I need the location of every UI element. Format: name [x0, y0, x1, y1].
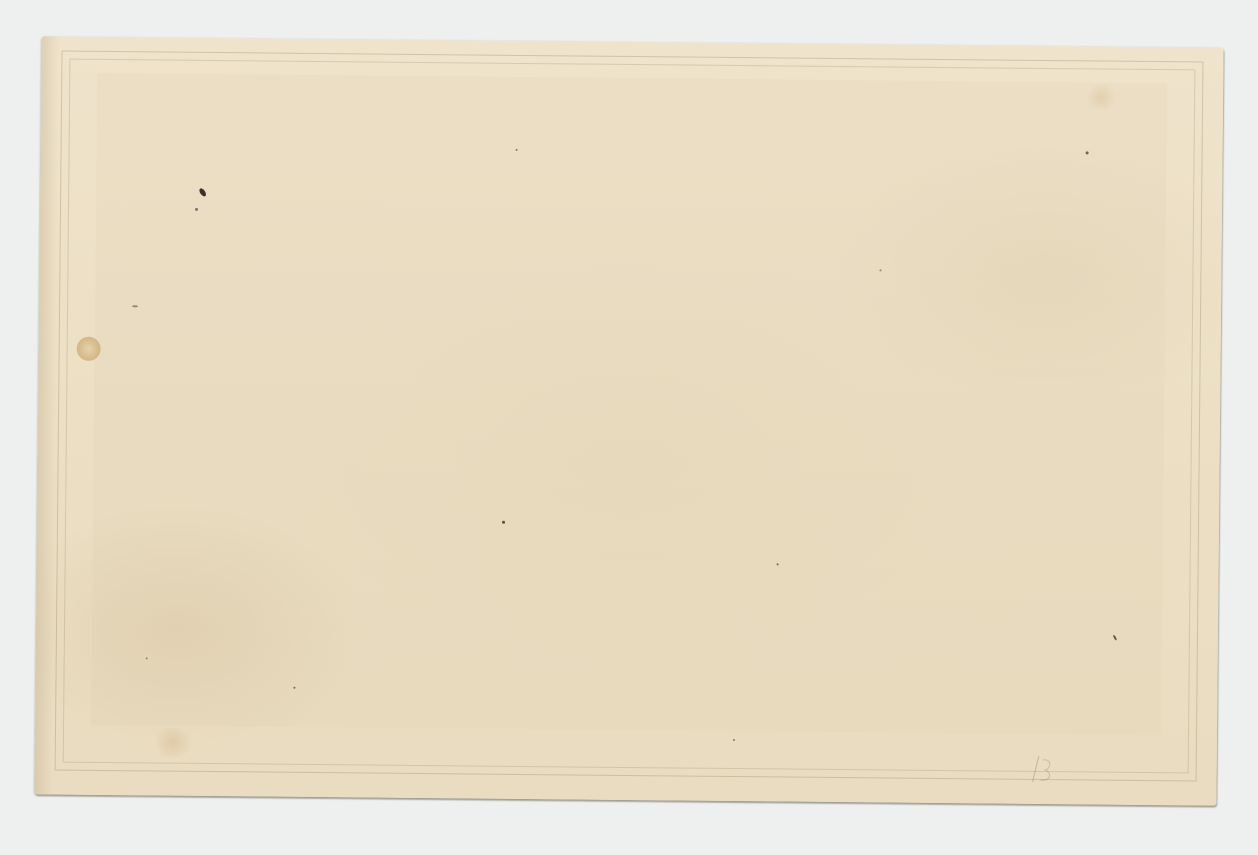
foxing-speck	[733, 739, 735, 741]
stain-left	[77, 337, 101, 361]
foxing-speck	[502, 521, 505, 524]
foxing-speck	[132, 305, 138, 307]
card-mount	[34, 36, 1223, 805]
foxing-speck	[195, 208, 198, 211]
foxing-speck	[293, 687, 295, 689]
foxing-speck	[516, 149, 518, 151]
foxing-speck	[1086, 151, 1089, 154]
foxing-speck	[777, 563, 779, 565]
foxing-speck	[146, 657, 148, 659]
foxing-speck	[879, 269, 881, 271]
inner-panel	[91, 73, 1167, 735]
stain-bottom-left	[153, 727, 193, 757]
stain-top-right	[1086, 84, 1116, 110]
pencil-scribble-icon	[1025, 746, 1065, 786]
